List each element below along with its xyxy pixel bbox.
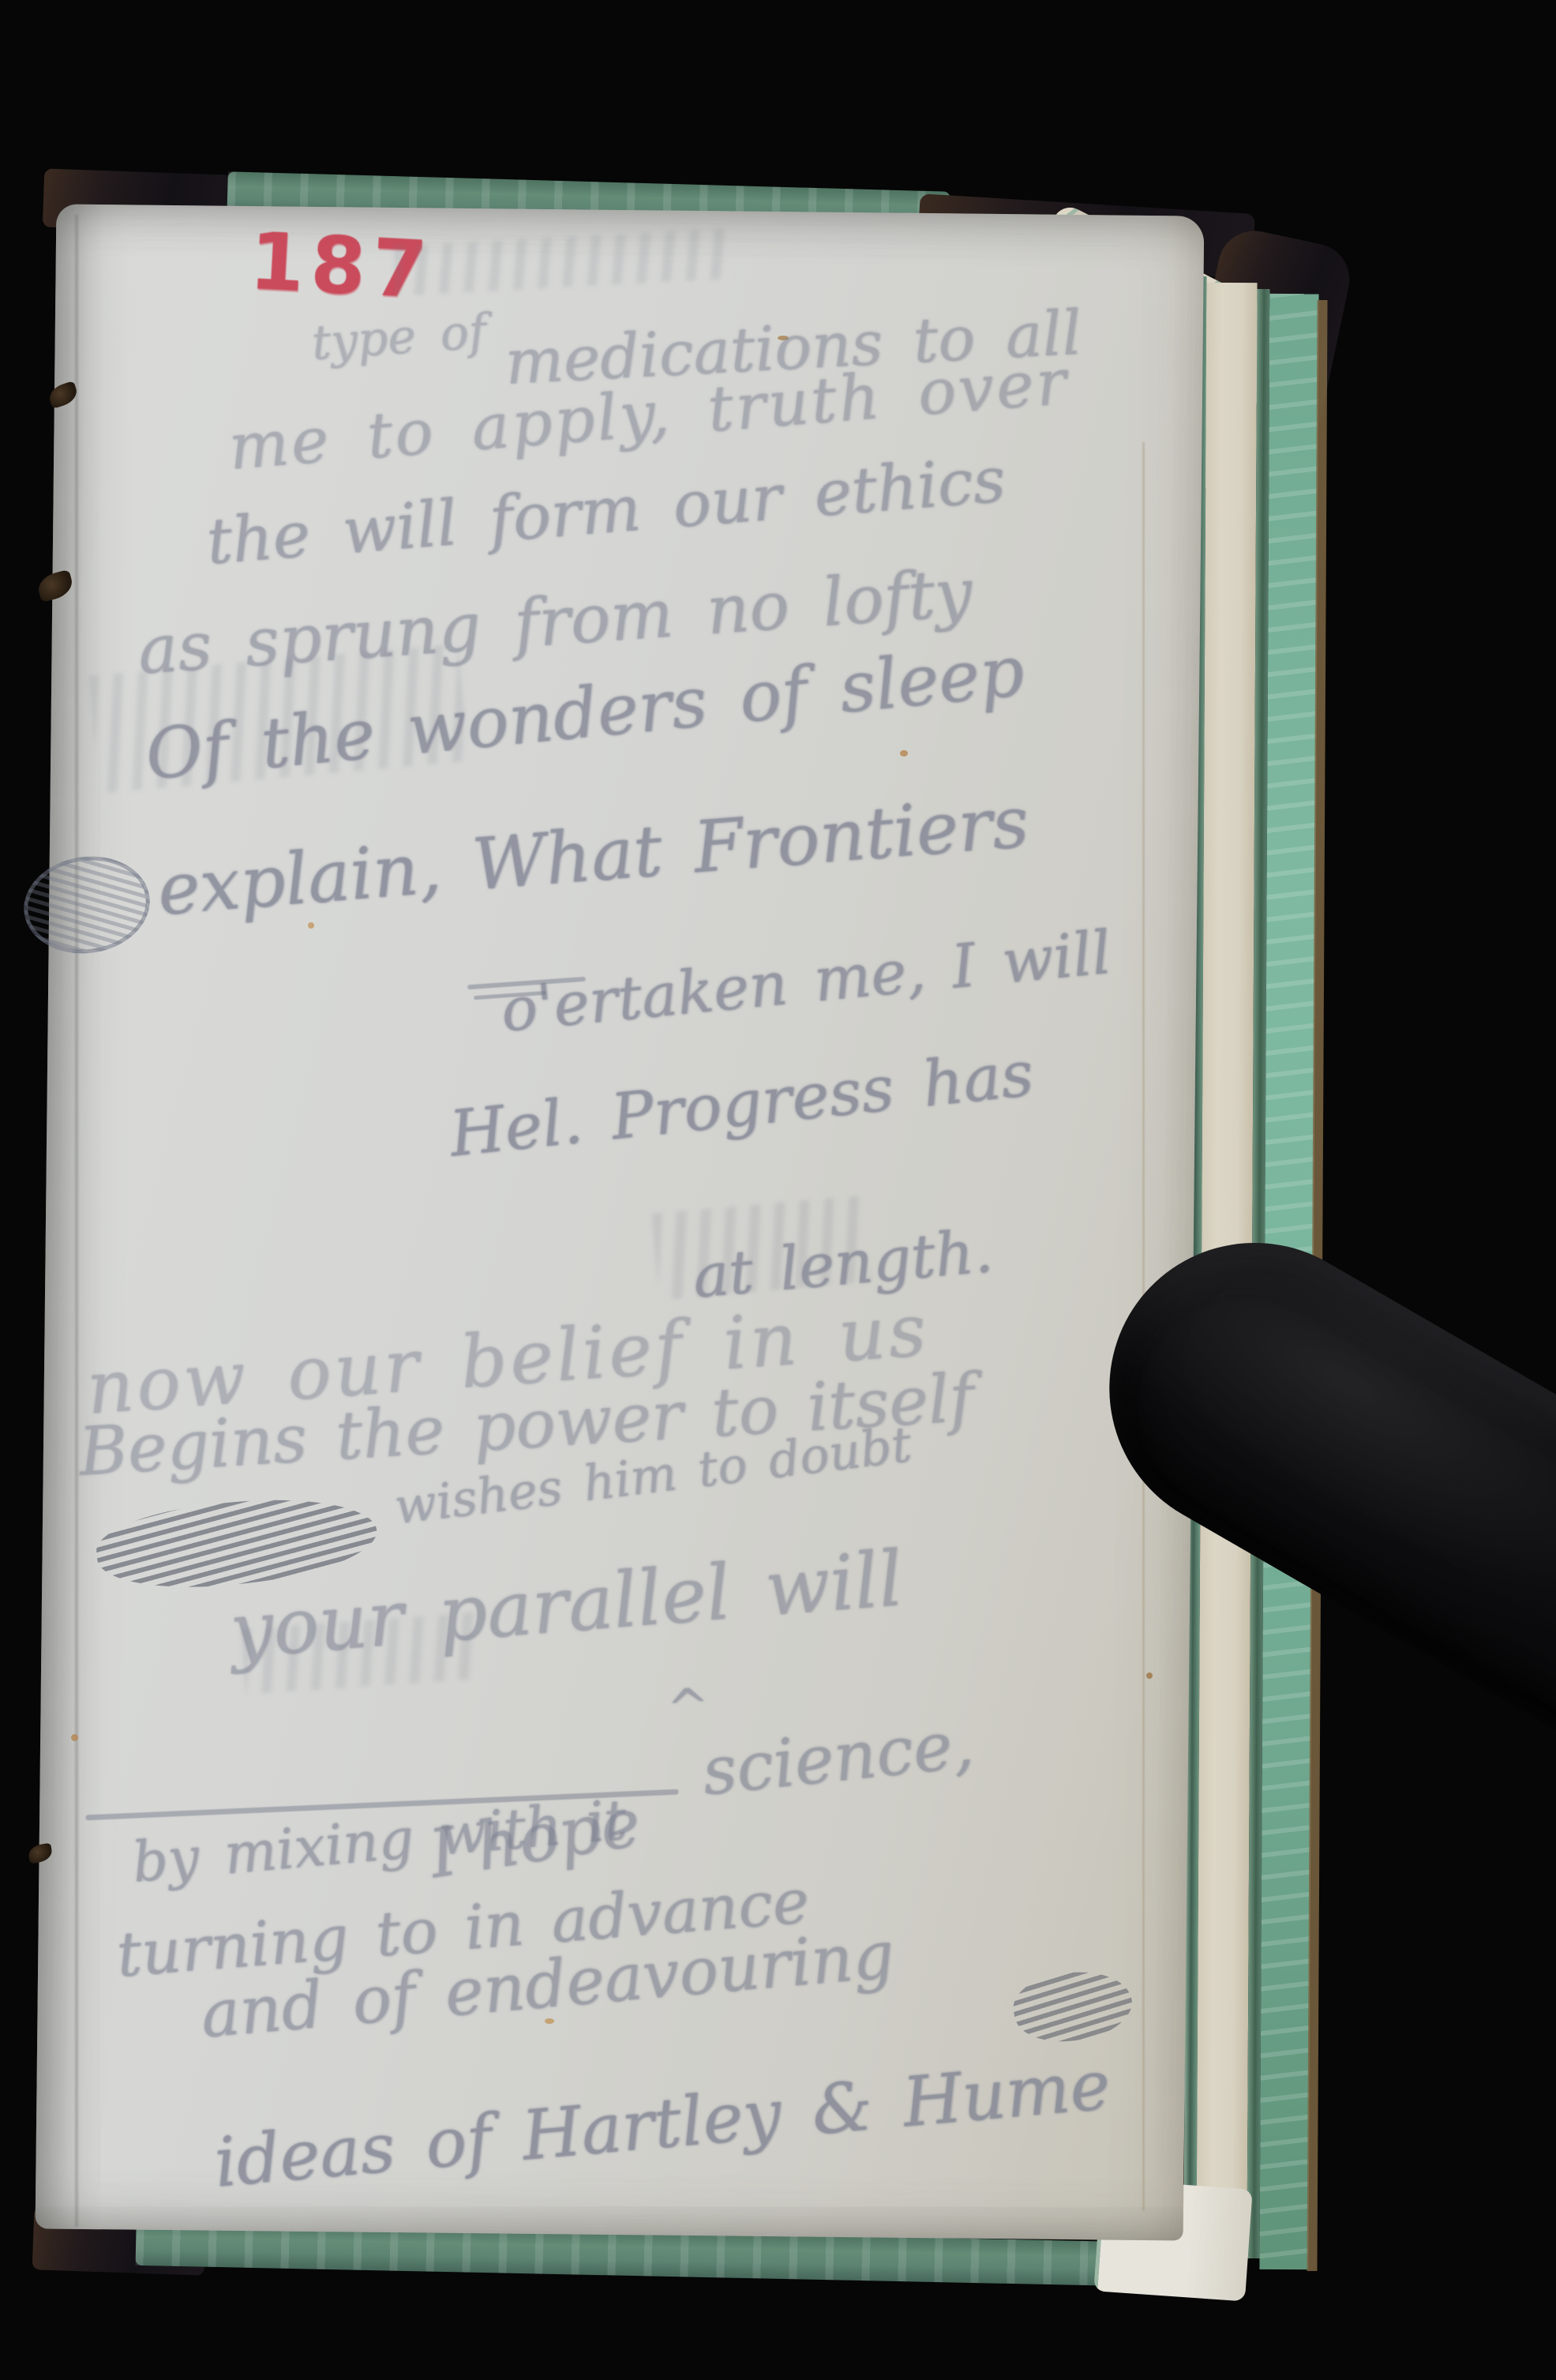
foxing-speck [900, 750, 908, 756]
photo-background: 187 type of medications to all me to app… [0, 0, 1556, 2380]
binding-crease [75, 215, 78, 2227]
caret-mark: ^ [665, 1677, 711, 1739]
foxing-speck [308, 922, 314, 929]
foxing-speck [1146, 1672, 1153, 1679]
foxing-speck [71, 1734, 78, 1741]
